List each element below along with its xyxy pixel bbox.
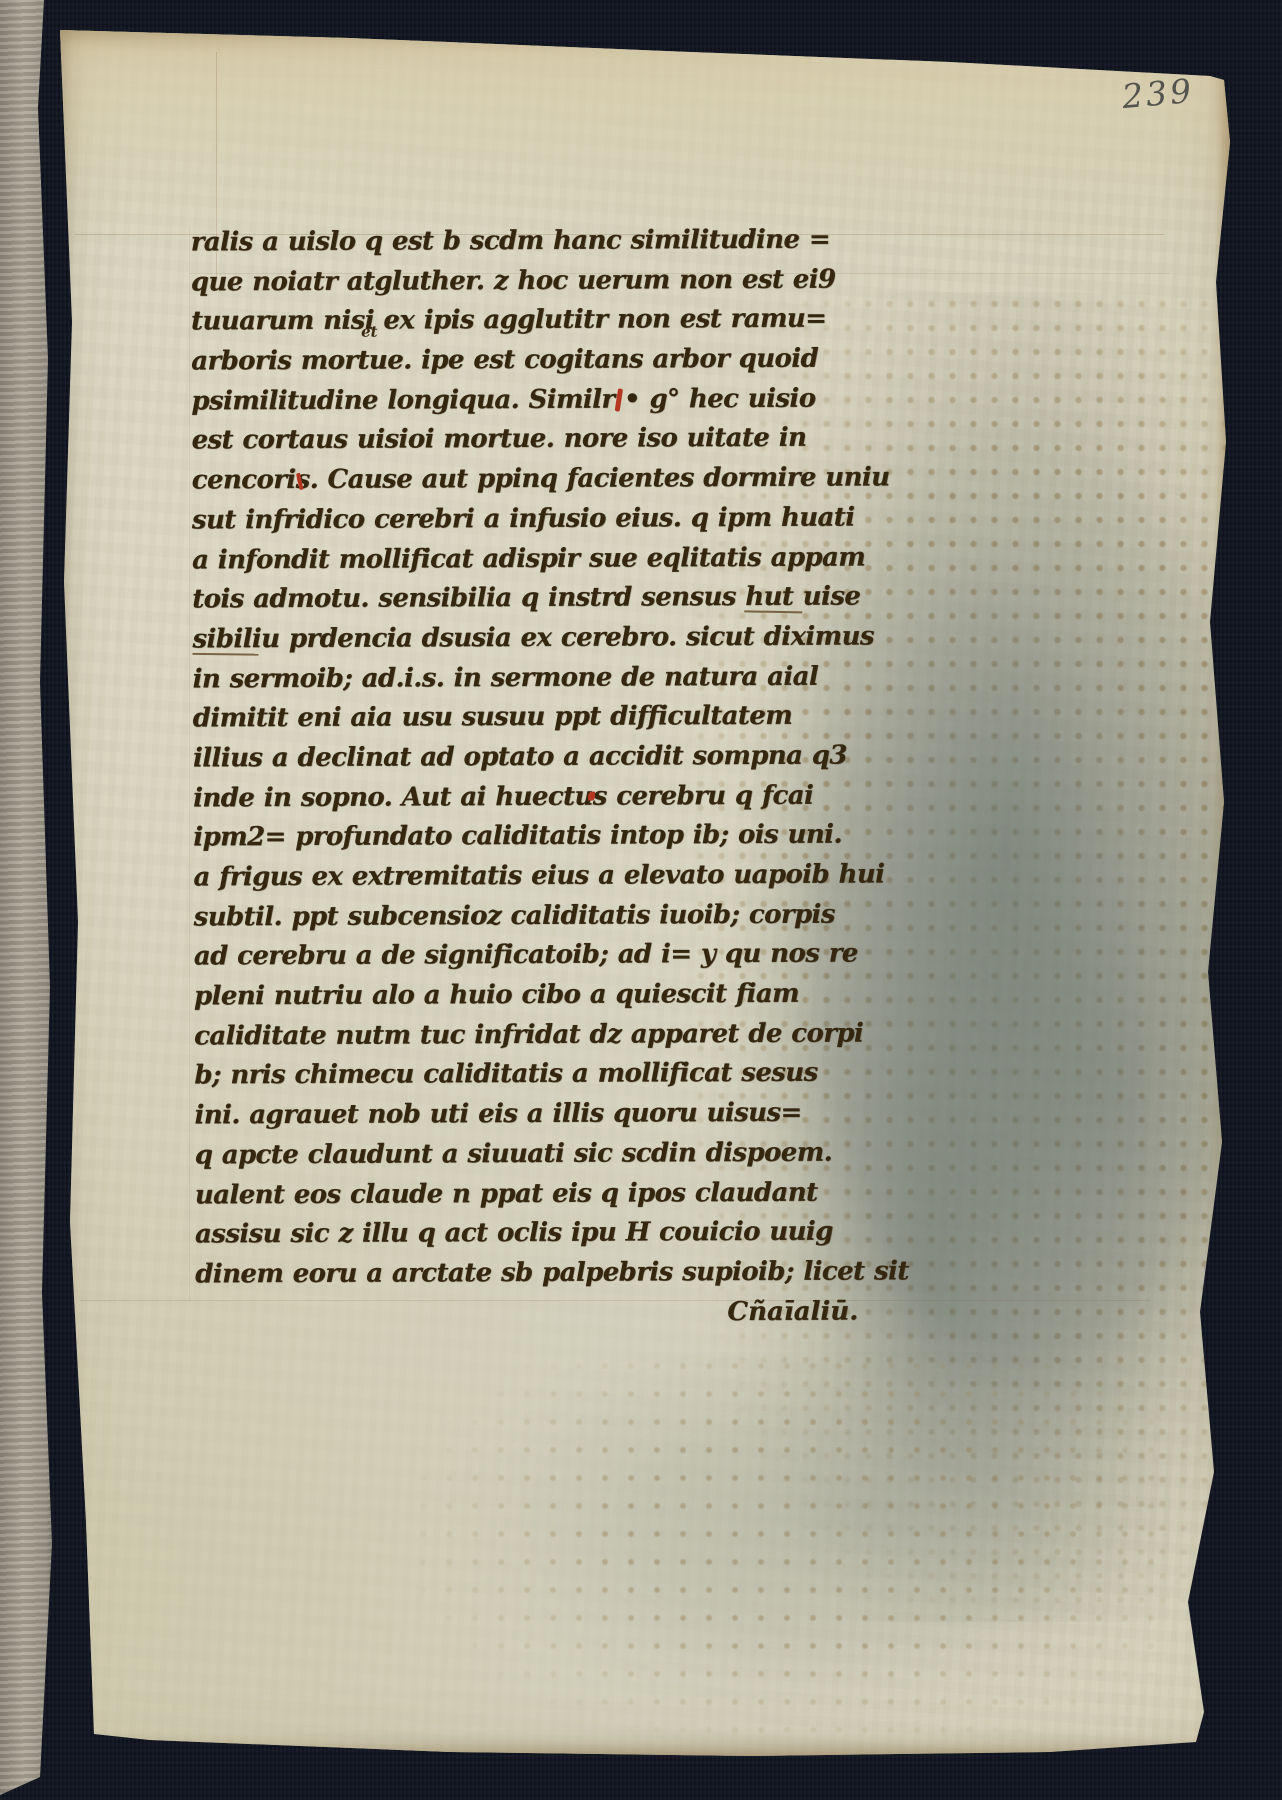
manuscript-line: subtil. ppt subcensioz caliditatis iuoib… [194, 895, 834, 937]
manuscript-line: cencoris. Cause aut ppinq facientes dorm… [192, 459, 832, 501]
manuscript-line: ad cerebru a de significatoib; ad i= y q… [194, 935, 834, 977]
manuscript-lines: ralis a uislo q est b scdm hanc similitu… [191, 221, 836, 1295]
interlinear-gloss: et [361, 323, 378, 341]
manuscript-line: ipm2= profundato caliditatis intop ib; o… [193, 816, 833, 858]
manuscript-line: dimitit eni aia usu susuu ppt difficulta… [193, 697, 833, 739]
manuscript-line: assisu sic z illu q act oclis ipu H coui… [195, 1213, 835, 1255]
manuscript-line: est cortaus uisioi mortue. nore iso uita… [191, 419, 831, 461]
folio-number: 239 [1120, 71, 1195, 116]
manuscript-line: que noiatr atgluther. z hoc uerum non es… [191, 260, 831, 302]
text-block: ralis a uislo q est b scdm hanc similitu… [191, 221, 836, 1329]
ruling-line-margin-left [189, 227, 190, 1302]
manuscript-line: inde in sopno. Aut ai huectus cerebru q … [193, 776, 833, 818]
manuscript-line: sibiliu prdencia dsusia ex cerebro. sicu… [192, 617, 832, 659]
manuscript-line: q apcte claudunt a siuuati sic scdin dis… [195, 1133, 835, 1175]
manuscript-line: tuuarum nisi ex ipis agglutitr non est r… [191, 300, 831, 342]
manuscript-line: caliditate nutm tuc infridat dz apparet … [194, 1014, 834, 1056]
manuscript-line: ini. agrauet nob uti eis a illis quoru u… [194, 1094, 834, 1136]
manuscript-line: ralis a uislo q est b scdm hanc similitu… [191, 221, 831, 263]
manuscript-line: a frigus ex extremitatis eius a elevato … [193, 856, 833, 898]
colophon: Cñaīaliū. [727, 1296, 835, 1326]
manuscript-line: tois admotu. sensibilia q instrd sensus … [192, 578, 832, 620]
manuscript-line: psimilitudine longiqua. Similr • g° hec … [191, 379, 831, 421]
manuscript-leaf: 239 ralis a uislo q est b scdm hanc simi… [50, 22, 1235, 1762]
manuscript-line: dinem eoru a arctate sb palpebris supioi… [195, 1252, 835, 1294]
manuscript-line: arboris mortue. ipe est cogitans arbor q… [191, 340, 831, 382]
rubric-stroke [588, 792, 595, 801]
manuscript-line: in sermoib; ad.i.s. in sermone de natura… [192, 657, 832, 699]
manuscript-line: b; nris chimecu caliditatis a mollificat… [194, 1054, 834, 1096]
manuscript-line: illius a declinat ad optato a accidit so… [193, 737, 833, 779]
manuscript-line: sut infridico cerebri a infusio eius. q … [192, 498, 832, 540]
manuscript-line: pleni nutriu alo a huio cibo a quiescit … [194, 975, 834, 1017]
manuscript-line: ualent eos claude n ppat eis q ipos clau… [195, 1173, 835, 1215]
manuscript-line: a infondit mollificat adispir sue eqlita… [192, 538, 832, 580]
parchment-stain-bottom [410, 1352, 1170, 1752]
